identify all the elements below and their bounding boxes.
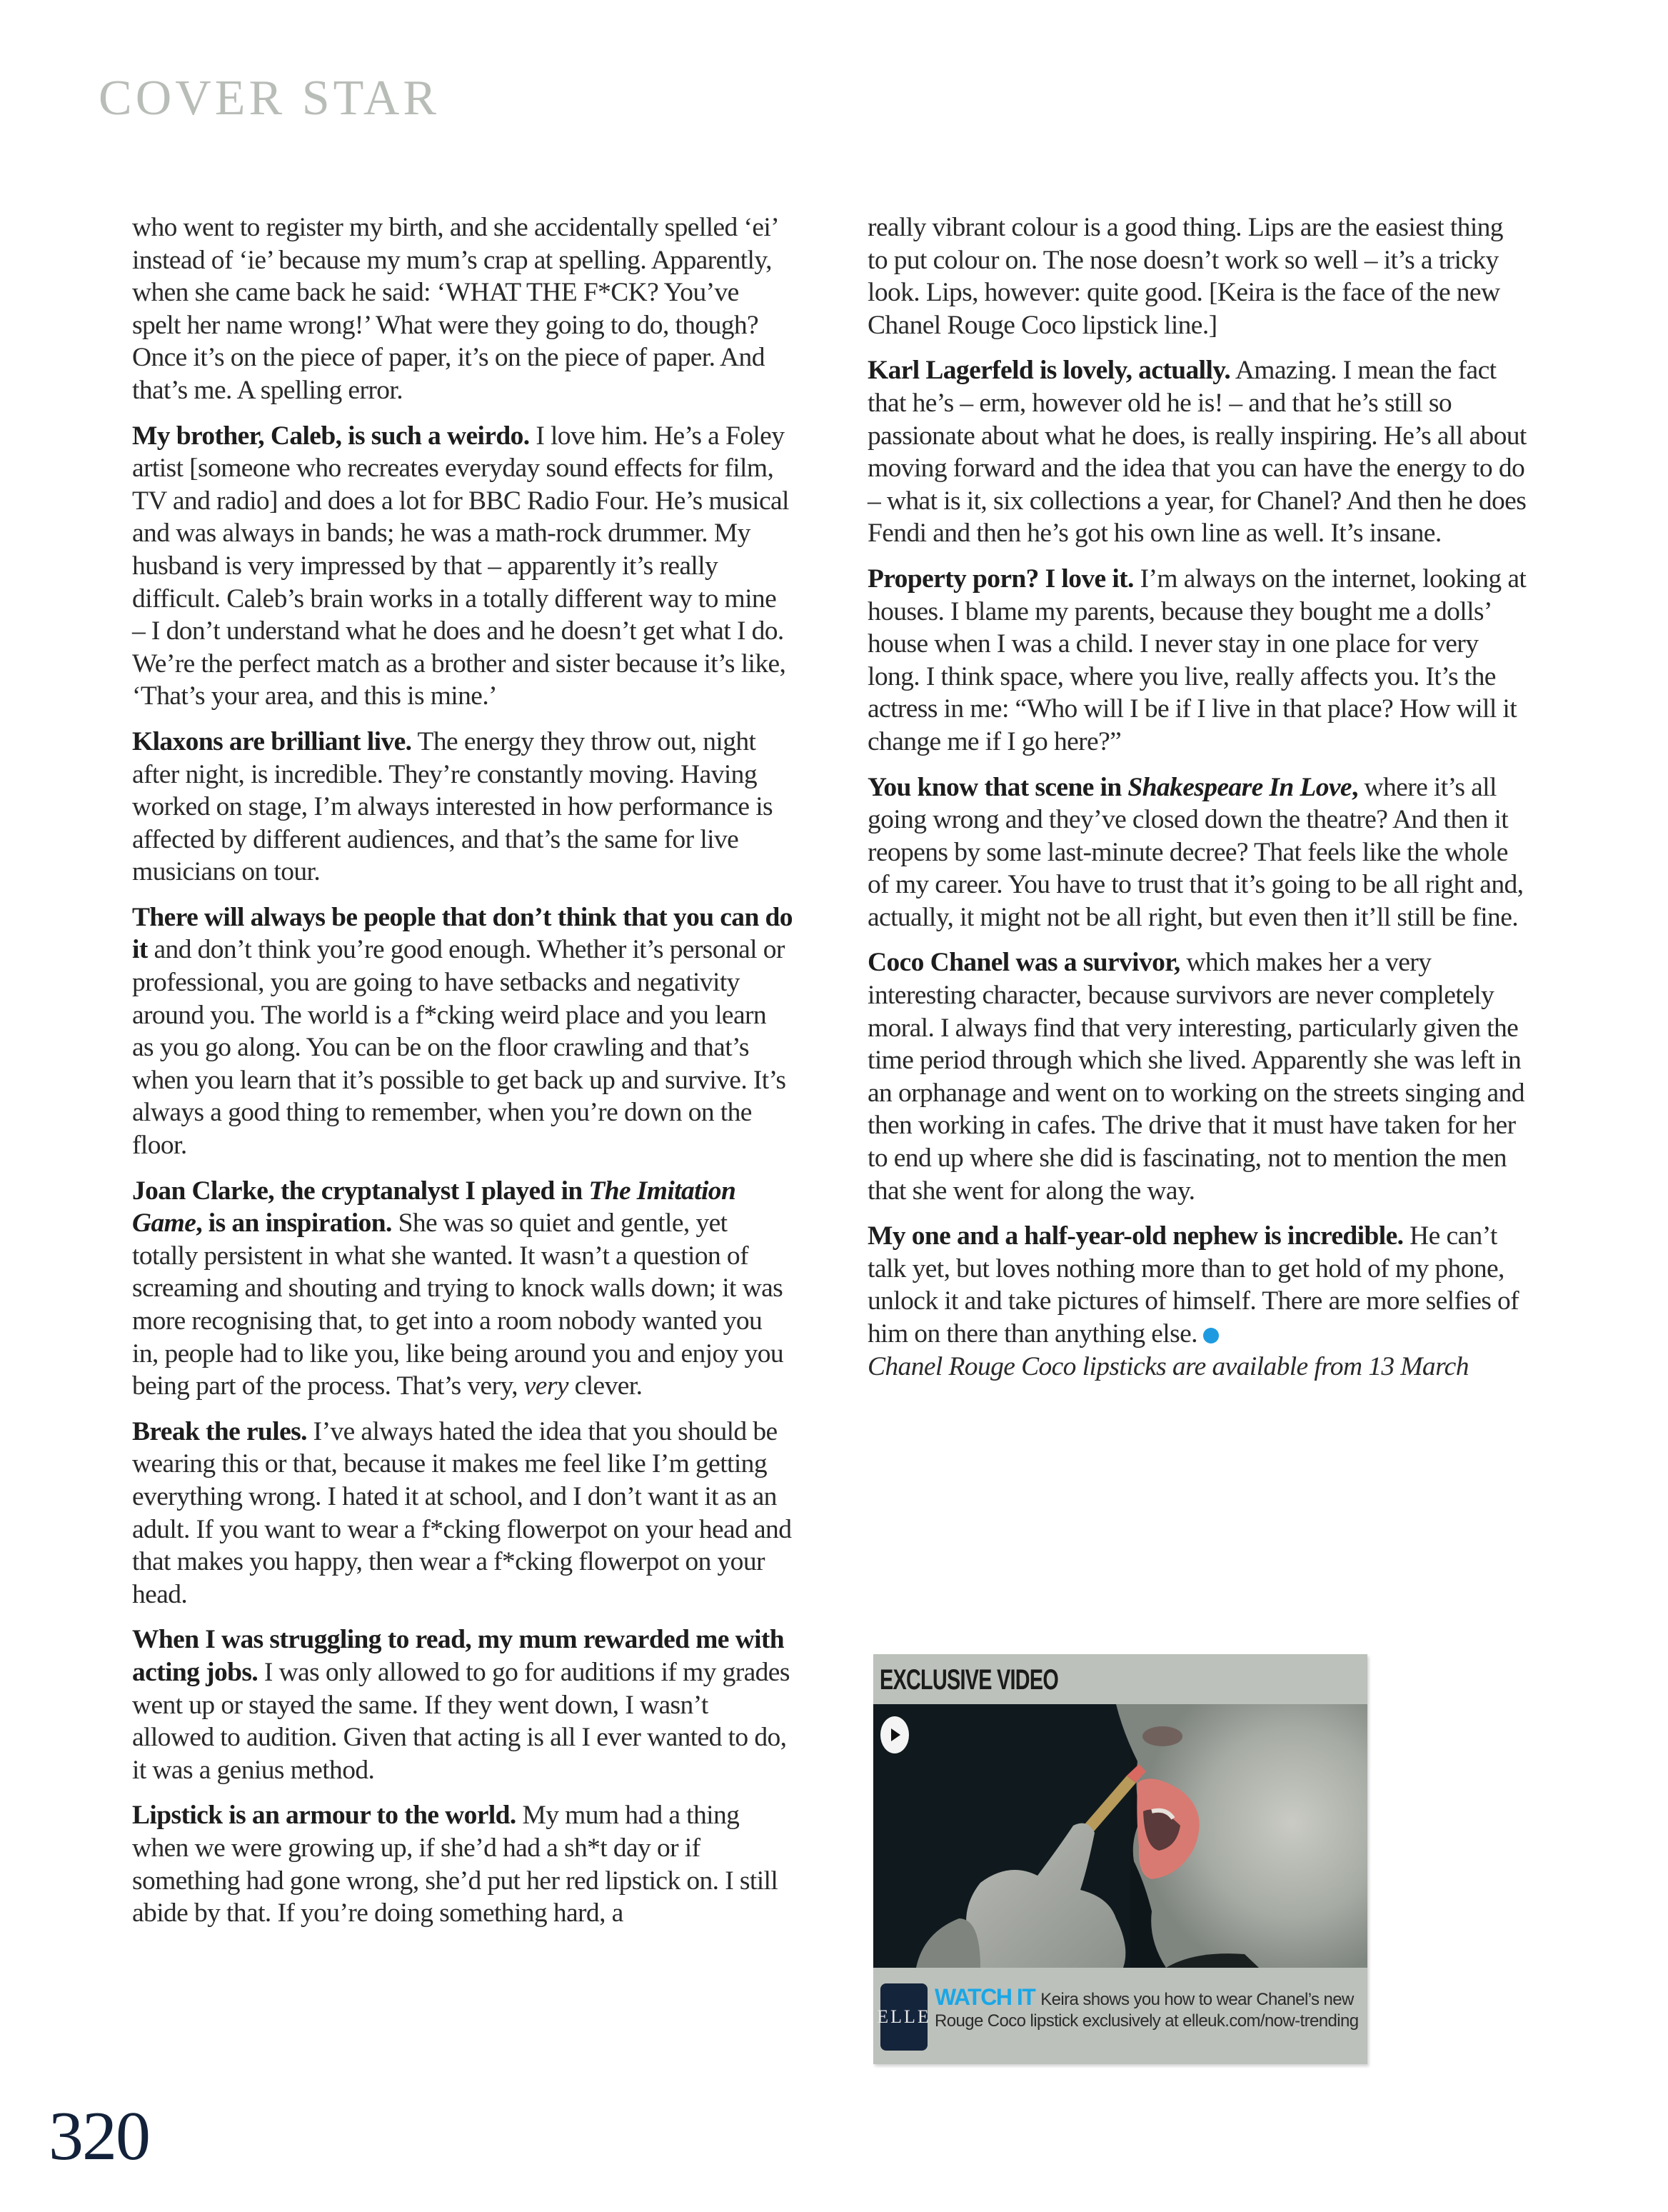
section-label: COVER STAR [99,70,440,127]
lipstick-application-photo [873,1704,1367,1968]
paragraph: Karl Lagerfeld is lovely, actually. Amaz… [868,354,1528,550]
paragraph: really vibrant colour is a good thing. L… [868,211,1528,341]
paragraph-lead: Lipstick is an armour to the world. [132,1801,516,1830]
exclusive-video-box: EXCLUSIVE VIDEO [873,1654,1367,2064]
paragraph: who went to register my birth, and she a… [132,211,793,407]
paragraph: There will always be people that don’t t… [132,901,793,1162]
elle-logo: ELLE [880,1983,928,2051]
video-header: EXCLUSIVE VIDEO [873,1654,1367,1704]
paragraph: Joan Clarke, the cryptanalyst I played i… [132,1175,793,1403]
video-thumbnail[interactable] [873,1704,1367,1968]
paragraph-lead: My one and a half-year-old nephew is inc… [868,1221,1403,1251]
paragraph-lead: Coco Chanel was a survivor, [868,948,1180,977]
watch-it-label: WATCH IT [935,1984,1035,2010]
paragraph-lead: Property porn? I love it. [868,564,1134,594]
paragraph: Lipstick is an armour to the world. My m… [132,1799,793,1929]
paragraph: Break the rules. I’ve always hated the i… [132,1416,793,1611]
paragraph-lead: Klaxons are brilliant live. [132,727,411,756]
end-of-article-dot-icon [1203,1328,1219,1343]
paragraph: You know that scene in Shakespeare In Lo… [868,771,1528,934]
paragraph: My one and a half-year-old nephew is inc… [868,1220,1528,1383]
paragraph: Coco Chanel was a survivor, which makes … [868,946,1528,1207]
video-caption: ELLE WATCH ITKeira shows you how to wear… [873,1968,1367,2064]
product-credit: Chanel Rouge Coco lipsticks are availabl… [868,1352,1469,1381]
paragraph-lead: Karl Lagerfeld is lovely, actually. [868,356,1230,385]
paragraph-lead: Break the rules. [132,1417,307,1446]
article-column-right: really vibrant colour is a good thing. L… [868,211,1528,1383]
paragraph: Property porn? I love it. I’m always on … [868,563,1528,759]
paragraph: When I was struggling to read, my mum re… [132,1623,793,1786]
article-column-left: who went to register my birth, and she a… [132,211,793,1943]
paragraph: Klaxons are brilliant live. The energy t… [132,726,793,889]
page-number: 320 [49,2096,149,2176]
video-title: EXCLUSIVE VIDEO [880,1664,1058,1696]
film-title: Shakespeare In Love [1127,773,1352,802]
paragraph: My brother, Caleb, is such a weirdo. I l… [132,420,793,713]
play-icon[interactable] [880,1716,909,1753]
paragraph-lead: My brother, Caleb, is such a weirdo. [132,421,530,451]
paragraph-lead: You know that scene in Shakespeare In Lo… [868,773,1358,802]
